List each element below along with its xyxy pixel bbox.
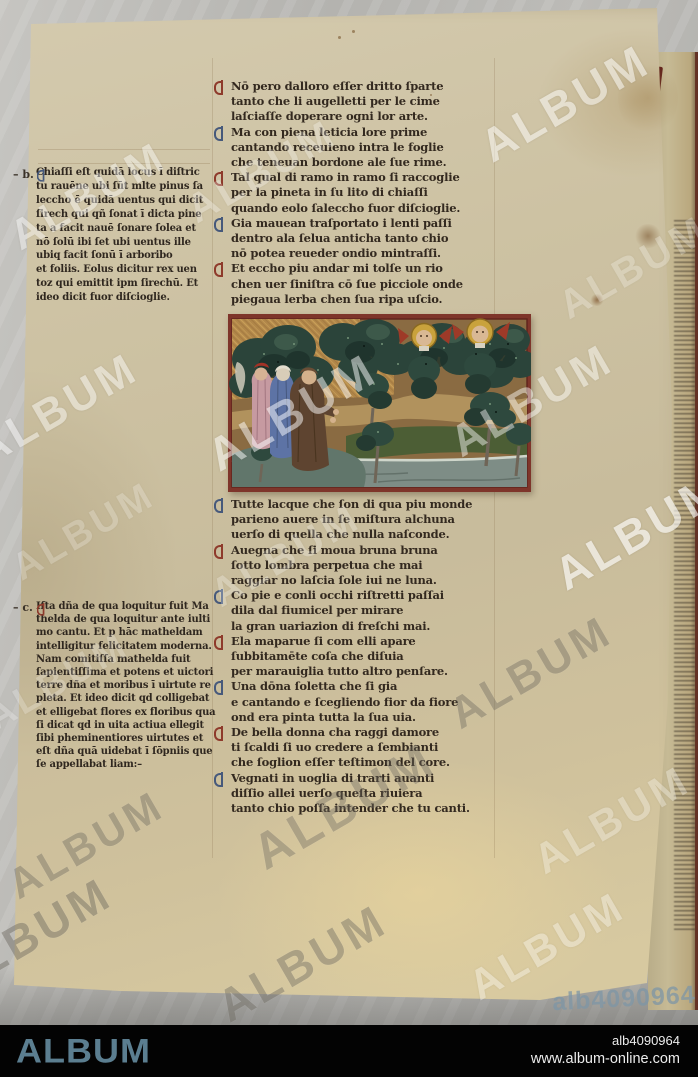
text-line: mo cantu. Et p hāc matheldam <box>36 626 220 639</box>
parchment-speck <box>338 36 341 39</box>
text-line: ſubbitamēte coſa che diſuia <box>231 649 496 664</box>
text-line: ſirech qui qñ ſonat ī dicta pine <box>36 208 216 222</box>
text-line: De bella donna cha raggi damore <box>231 725 496 740</box>
text-line: ſe appellabat liam:– <box>36 758 220 771</box>
paraph-mark-red-icon <box>214 636 224 648</box>
text-line: ſi dicat qd in uita actiua ellegit <box>36 719 220 732</box>
text-line: Vegnati in uoglia di trarti auanti <box>231 771 496 786</box>
text-line: leccho ē quidā uentus qui dicit <box>36 194 216 208</box>
text-line: ideo dicit fuor diſcioglie. <box>36 291 216 305</box>
tercet-stanza: De bella donna cha raggi damoreti ſcaldi… <box>214 725 496 771</box>
marginal-gloss-top: Chiaſſi eſt quidā locus ī diſtrictu rauē… <box>36 166 216 305</box>
text-line: dentro ala ſelua anticha tanto chio <box>231 231 496 246</box>
footer-bar: ALBUM alb4090964 www.album-online.com <box>0 1025 698 1077</box>
text-line: pleta. Et ideo dicit qd colligebat <box>36 692 220 705</box>
text-line: uerſo di quella che nulla naſconde. <box>231 527 496 542</box>
paraph-mark-red-icon <box>214 263 224 275</box>
text-line: raggiar no laſcia ſole iui ne luna. <box>231 573 496 588</box>
text-line: ubiq facit ſonū ī arboribo <box>36 249 216 263</box>
parchment-speck <box>352 30 355 33</box>
footer-credits: alb4090964 www.album-online.com <box>531 1032 680 1068</box>
stock-photo-viewer: – b. Chiaſſi eſt quidā locus ī diſtrictu… <box>0 0 698 1077</box>
text-line: parieno auere in ſe miſtura alchuna <box>231 512 496 527</box>
paraph-mark-blue-icon <box>214 590 224 602</box>
text-line: chen uer ſiniſtra cō ſue picciole onde <box>231 277 496 292</box>
marginal-gloss-bottom: Iſta dña de qua loquitur fuit Mathelda d… <box>36 600 220 772</box>
manuscript-photo: – b. Chiaſſi eſt quidā locus ī diſtrictu… <box>0 0 698 1025</box>
text-line: ta a facit nauē ſonare ſolea et <box>36 222 216 236</box>
paraph-mark-blue-icon <box>214 773 224 785</box>
text-line: laſciaſſe doperare ogni lor arte. <box>231 109 496 124</box>
text-line: Gia mauean traſportato i lenti paſſi <box>231 216 496 231</box>
text-line: cantando receuieno intra le foglie <box>231 140 496 155</box>
text-line: Nō pero dalloro eſſer dritto ſparte <box>231 79 496 94</box>
verse-column-lower: Tutte lacque che ſon di qua piu mondepar… <box>214 497 496 816</box>
text-line: piegaua lerba chen ſua ripa uſcio. <box>231 292 496 307</box>
parchment-stain <box>590 294 604 306</box>
parchment-stain <box>618 60 678 136</box>
text-line: quando eolo ſaleccho fuor diſcioglie. <box>231 201 496 216</box>
text-line: ſapientiſſima et potens et uictori <box>36 666 220 679</box>
paraph-mark-red-icon <box>214 727 224 739</box>
text-line: dila dal fiumicel per mirare <box>231 603 496 618</box>
text-line: Nam comitiſſa mathelda fuit <box>36 653 220 666</box>
ruling-line <box>38 149 210 150</box>
parchment-stain <box>634 224 662 248</box>
margin-letter-b: – b. <box>13 168 34 181</box>
text-line: Chiaſſi eſt quidā locus ī diſtric <box>36 166 216 180</box>
margin-letter-c: – c. <box>13 601 33 614</box>
text-line: la gran uariazion di freſchi mai. <box>231 619 496 634</box>
paraph-mark-red-icon <box>214 545 224 557</box>
text-line: Et eccho piu andar mi tolſe un rio <box>231 261 496 276</box>
paraph-mark-blue-icon <box>214 499 224 511</box>
text-line: Iſta dña de qua loquitur fuit Ma <box>36 600 220 613</box>
text-line: tu rauēne ubi ſūt mlte pinus ſa <box>36 180 216 194</box>
tercet-stanza: Una dōna ſoletta che ſi giae cantando e … <box>214 679 496 725</box>
text-line: intelligitur felicitatem moderna. <box>36 640 220 653</box>
text-line: Ma con piena leticia lore prime <box>231 125 496 140</box>
text-line: ti ſcaldi ſi uo credere a ſembianti <box>231 740 496 755</box>
paraph-mark-blue-icon <box>37 170 46 180</box>
paraph-mark-blue-icon <box>214 681 224 693</box>
miniature-illustration <box>228 314 531 492</box>
tercet-stanza: Ma con piena leticia lore primecantando … <box>214 125 496 171</box>
text-line: Auegna che ſi moua bruna bruna <box>231 543 496 558</box>
text-line: Tutte lacque che ſon di qua piu monde <box>231 497 496 512</box>
text-line: et foliis. Eolus dicitur rex uen <box>36 263 216 277</box>
text-line: terre dña et moribus ī uirtute re <box>36 679 220 692</box>
tercet-stanza: Tal qual di ramo in ramo ſi raccoglieper… <box>214 170 496 216</box>
text-line: Co pie e conli occhi riſtretti paſſai <box>231 588 496 603</box>
tercet-stanza: Tutte lacque che ſon di qua piu mondepar… <box>214 497 496 543</box>
text-line: nō ſolū ibi ſet ubi uentus ille <box>36 236 216 250</box>
text-line: che teneuan bordone ale ſue rime. <box>231 155 496 170</box>
text-line: tanto che li augelletti per le cime <box>231 94 496 109</box>
tercet-stanza: Vegnati in uoglia di trarti auantidiſſio… <box>214 771 496 817</box>
text-line: per la pineta in ſu lito di chiaſſi <box>231 185 496 200</box>
paraph-mark-blue-icon <box>214 127 224 139</box>
text-line: thelda de qua loquitur ante iulti <box>36 613 220 626</box>
ruling-line <box>38 163 210 164</box>
text-line: Tal qual di ramo in ramo ſi raccoglie <box>231 170 496 185</box>
text-line: ond era pinta tutta la ſua uia. <box>231 710 496 725</box>
text-line: per marauiglia tutto altro penſare. <box>231 664 496 679</box>
text-line: Ela maparue ſi com elli apare <box>231 634 496 649</box>
text-line: ſibi pheminentiores uirtutes et <box>36 732 220 745</box>
tercet-stanza: Gia mauean traſportato i lenti paſſident… <box>214 216 496 262</box>
text-line: tanto chio poſſa intender che tu canti. <box>231 801 496 816</box>
text-line: eſt dña quā uidebat ī ſōpniis que <box>36 745 220 758</box>
tercet-stanza: Et eccho piu andar mi tolſe un riochen u… <box>214 261 496 307</box>
text-line: diſſio allei uerſo queſta riuiera <box>231 786 496 801</box>
tercet-stanza: Auegna che ſi moua bruna brunaſotto lomb… <box>214 543 496 589</box>
text-line: e cantando e ſcegliendo fior da fiore <box>231 695 496 710</box>
text-line: Una dōna ſoletta che ſi gia <box>231 679 496 694</box>
paraph-mark-red-icon <box>214 81 224 93</box>
tercet-stanza: Nō pero dalloro eſſer dritto ſpartetanto… <box>214 79 496 125</box>
forest-scene-icon <box>228 314 531 492</box>
website-url: www.album-online.com <box>531 1050 680 1068</box>
text-line: et elligebat flores ex floribus qua <box>36 706 220 719</box>
text-line: ſotto lombra perpetua che mai <box>231 558 496 573</box>
paraph-mark-red-icon <box>214 172 224 184</box>
image-id: alb4090964 <box>531 1032 680 1050</box>
text-line: nō potea reueder ondio mintraſſi. <box>231 246 496 261</box>
tercet-stanza: Ela maparue ſi com elli apareſubbitamēte… <box>214 634 496 680</box>
tercet-stanza: Co pie e conli occhi riſtretti paſſaidil… <box>214 588 496 634</box>
paraph-mark-blue-icon <box>214 218 224 230</box>
album-logo: ALBUM <box>16 1031 151 1071</box>
paraph-mark-red-icon <box>37 604 46 614</box>
verse-column-upper: Nō pero dalloro eſſer dritto ſpartetanto… <box>214 79 496 307</box>
text-line: toz qui emittit ipm ſirechū. Et <box>36 277 216 291</box>
text-line: che ſoglion eſſer teſtimon del core. <box>231 755 496 770</box>
